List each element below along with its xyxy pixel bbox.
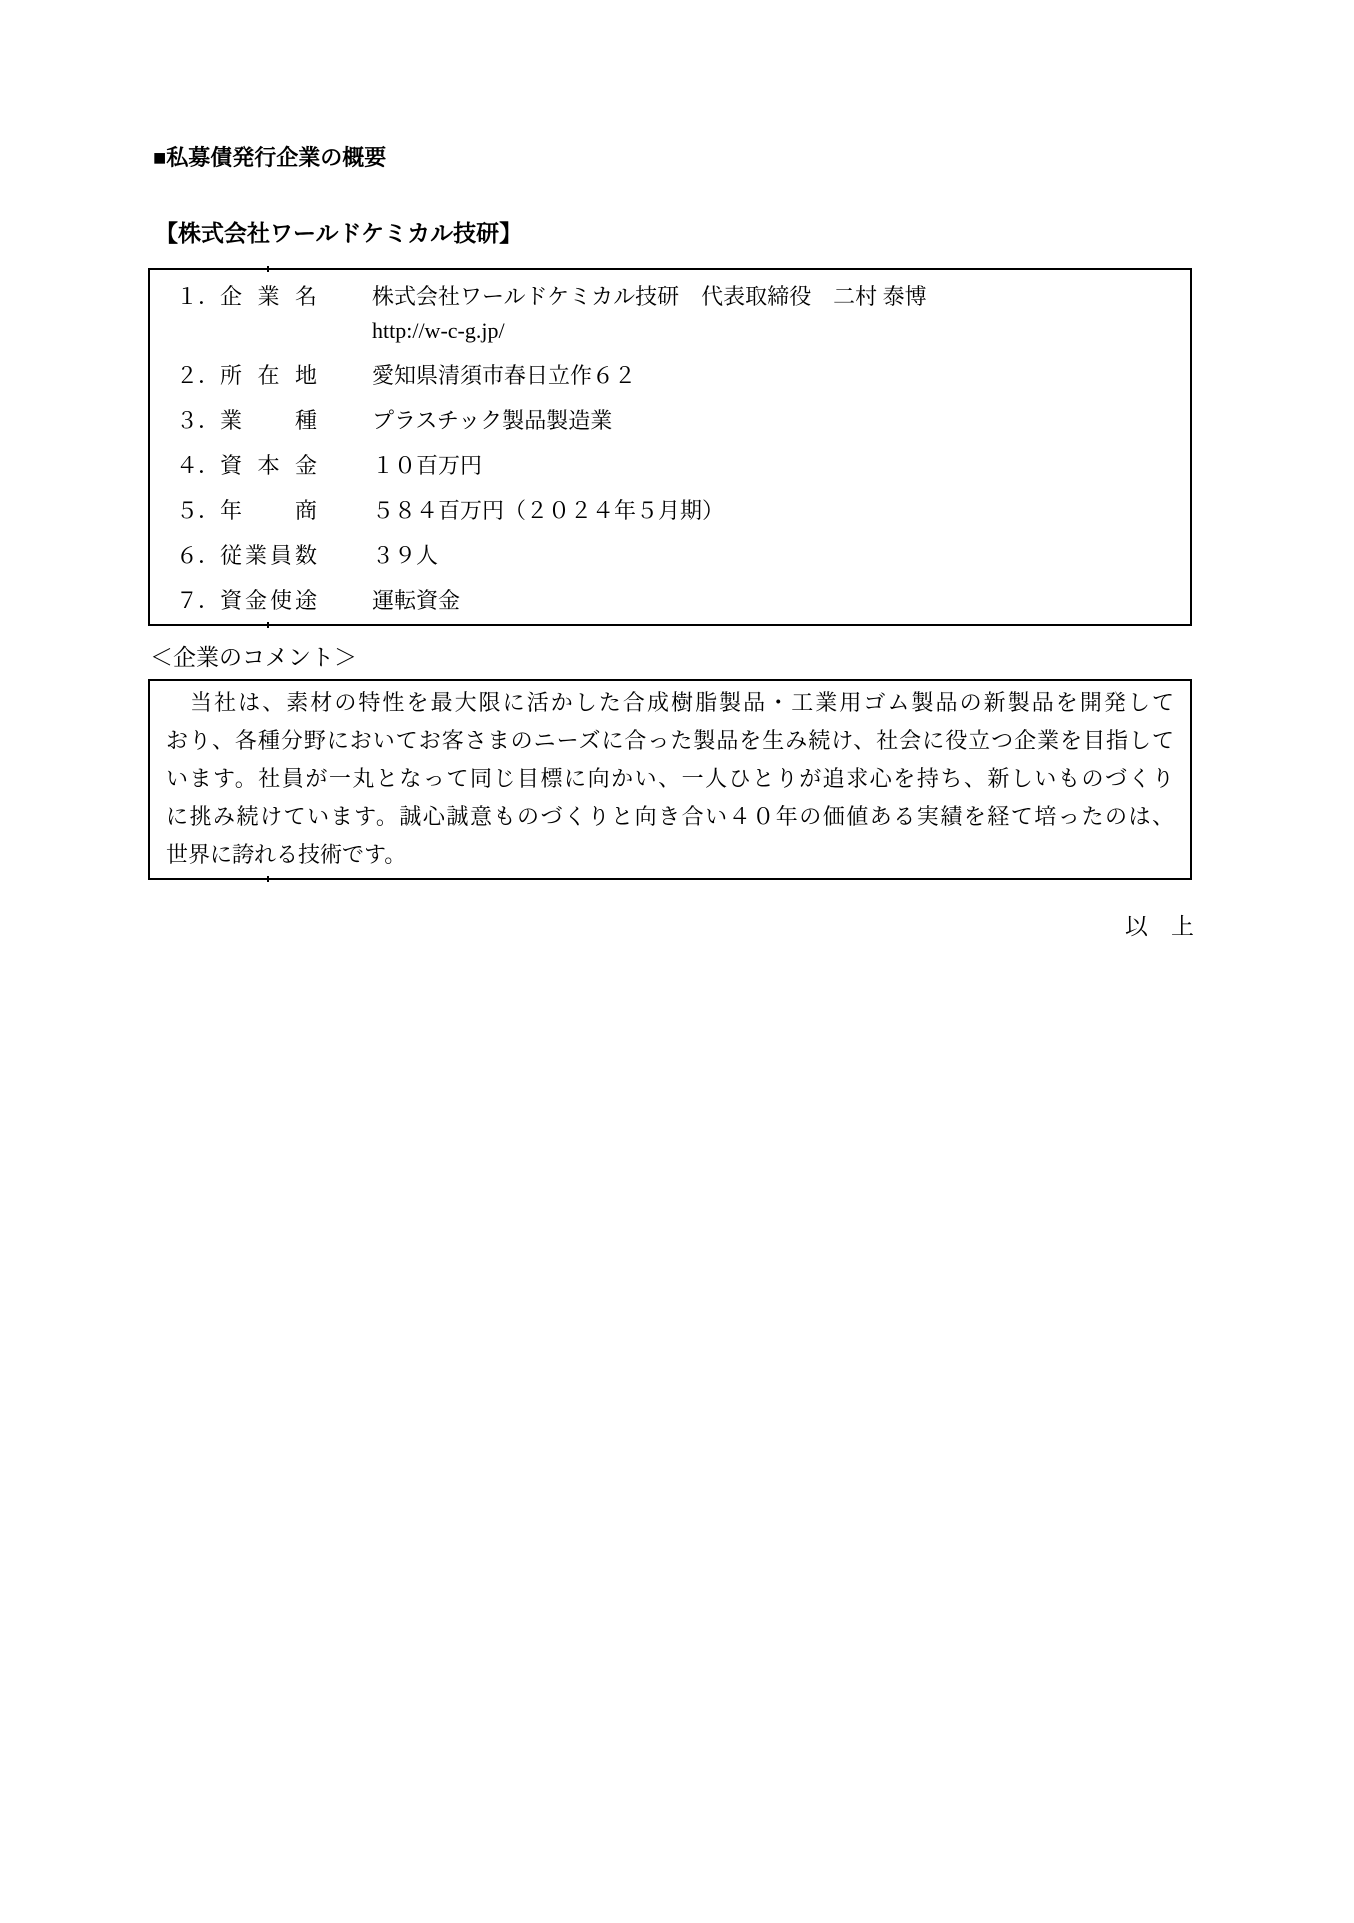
table-row-annual-sales: ５．年商５８４百万円（２０２４年５月期） xyxy=(150,494,1190,528)
row-value: 運転資金 xyxy=(372,584,460,618)
row-value: ５８４百万円（２０２４年５月期） xyxy=(372,494,724,528)
comment-line: に挑み続けています。誠心誠意ものづくりと向き合い４０年の価値ある実績を経て培った… xyxy=(166,798,1174,836)
row-value: プラスチック製品製造業 xyxy=(372,404,612,438)
company-comment-box: 当社は、素材の特性を最大限に活かした合成樹脂製品・工業用ゴム製品の新製品を開発し… xyxy=(148,679,1192,880)
comment-line: 当社は、素材の特性を最大限に活かした合成樹脂製品・工業用ゴム製品の新製品を開発し… xyxy=(166,684,1174,722)
table-grid-stub xyxy=(267,876,269,882)
table-row-employees: ６．従業員数３９人 xyxy=(150,539,1190,573)
row-label: 従業員数 xyxy=(220,539,317,573)
row-label: 企業名 xyxy=(220,280,317,314)
row-number: ４． xyxy=(176,449,220,483)
row-value: １０百万円 xyxy=(372,449,482,483)
table-line: ２．所在地愛知県清須市春日立作６２ xyxy=(150,359,1190,393)
table-line: ３．業種プラスチック製品製造業 xyxy=(150,404,1190,438)
row-number: ３． xyxy=(176,404,220,438)
comment-line: います。社員が一丸となって同じ目標に向かい、一人ひとりが追求心を持ち、新しいもの… xyxy=(166,760,1174,798)
row-value: 株式会社ワールドケミカル技研 代表取締役 二村 泰博 xyxy=(372,280,927,314)
table-row-address: ２．所在地愛知県清須市春日立作６２ xyxy=(150,359,1190,393)
table-row-use-of-funds: ７．資金使途運転資金 xyxy=(150,584,1190,618)
company-url: http://w-c-g.jp/ xyxy=(372,314,505,348)
row-label: 資本金 xyxy=(220,449,317,483)
table-grid-stub xyxy=(267,622,269,628)
company-heading: 【株式会社ワールドケミカル技研】 xyxy=(155,217,522,249)
comment-line: おり、各種分野においてお客さまのニーズに合った製品を生み続け、社会に役立つ企業を… xyxy=(166,722,1174,760)
table-line: ４．資本金１０百万円 xyxy=(150,449,1190,483)
row-label: 資金使途 xyxy=(220,584,317,618)
comment-heading: ＜企業のコメント＞ xyxy=(150,642,357,674)
table-row-capital: ４．資本金１０百万円 xyxy=(150,449,1190,483)
company-overview-table: １．企業名株式会社ワールドケミカル技研 代表取締役 二村 泰博 http://w… xyxy=(148,268,1192,626)
table-row-industry: ３．業種プラスチック製品製造業 xyxy=(150,404,1190,438)
table-line: １．企業名株式会社ワールドケミカル技研 代表取締役 二村 泰博 xyxy=(150,280,1190,314)
row-value: 愛知県清須市春日立作６２ xyxy=(372,359,636,393)
row-label: 業種 xyxy=(220,404,317,438)
row-value: ３９人 xyxy=(372,539,438,573)
document-page: ■私募債発行企業の概要 【株式会社ワールドケミカル技研】 １．企業名株式会社ワー… xyxy=(0,0,1354,1923)
table-line: ６．従業員数３９人 xyxy=(150,539,1190,573)
row-label: 所在地 xyxy=(220,359,317,393)
closing-ijou: 以 上 xyxy=(0,910,1194,944)
row-number: ６． xyxy=(176,539,220,573)
row-number: ２． xyxy=(176,359,220,393)
table-line: http://w-c-g.jp/ xyxy=(150,314,1190,348)
table-grid-stub xyxy=(267,266,269,272)
comment-line: 世界に誇れる技術です。 xyxy=(166,836,1174,874)
document-title: ■私募債発行企業の概要 xyxy=(153,143,386,173)
row-number: １． xyxy=(176,280,220,314)
table-line: ５．年商５８４百万円（２０２４年５月期） xyxy=(150,494,1190,528)
row-label: 年商 xyxy=(220,494,317,528)
table-row-company-name: １．企業名株式会社ワールドケミカル技研 代表取締役 二村 泰博 http://w… xyxy=(150,280,1190,348)
row-number: ７． xyxy=(176,584,220,618)
row-number: ５． xyxy=(176,494,220,528)
table-line: ７．資金使途運転資金 xyxy=(150,584,1190,618)
